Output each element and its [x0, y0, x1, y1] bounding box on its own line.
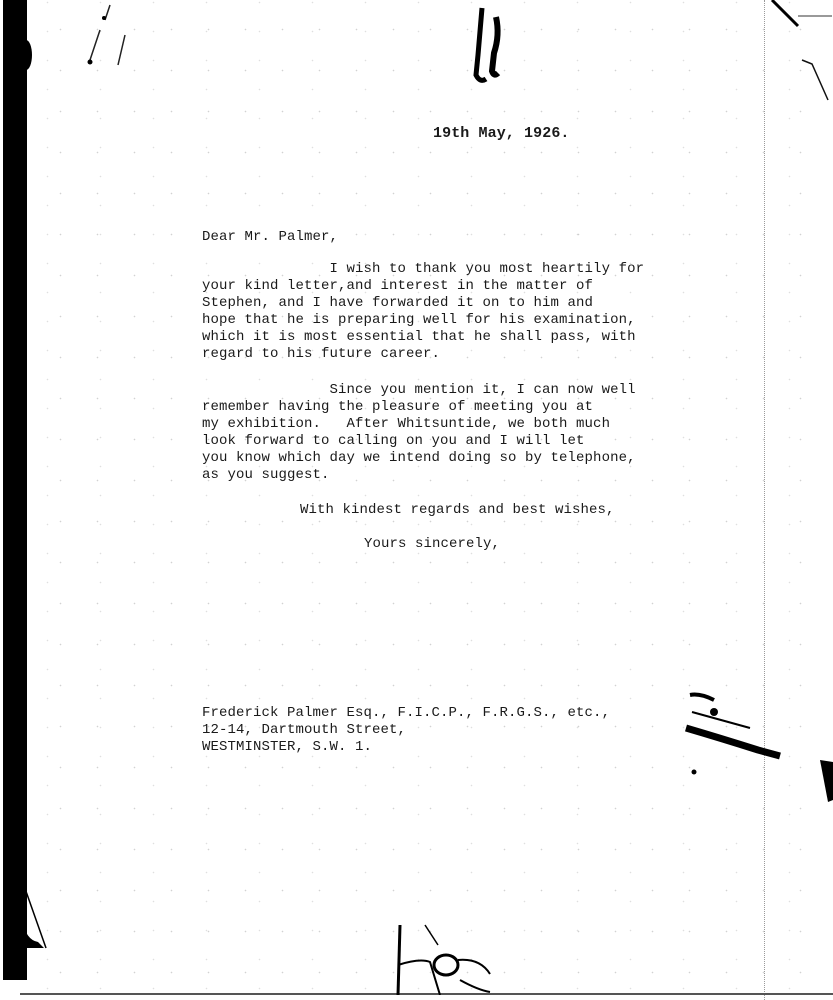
stray-ink-marks — [80, 0, 140, 80]
addressee-line: Frederick Palmer Esq., F.I.C.P., F.R.G.S… — [202, 705, 610, 722]
paragraph-line: which it is most essential that he shall… — [202, 329, 636, 346]
scan-left-edge-notch — [20, 40, 32, 70]
paragraph-line: you know which day we intend doing so by… — [202, 450, 636, 467]
scan-left-edge — [3, 0, 27, 980]
addressee-line: 12-14, Dartmouth Street, — [202, 722, 406, 739]
paper-fold-line — [764, 0, 765, 1000]
ink-clip-mark — [468, 5, 508, 85]
paragraph-line: hope that he is preparing well for his e… — [202, 312, 636, 329]
paragraph-line: Since you mention it, I can now well — [202, 382, 636, 399]
scanned-letter-page: 19th May, 1926. Dear Mr. Palmer, I wish … — [0, 0, 833, 1000]
paragraph-line: my exhibition. After Whitsuntide, we bot… — [202, 416, 610, 433]
paragraph-line: your kind letter,and interest in the mat… — [202, 278, 593, 295]
paragraph-line: Stephen, and I have forwarded it on to h… — [202, 295, 593, 312]
paragraph-line: as you suggest. — [202, 467, 330, 484]
scan-noise — [0, 0, 833, 1000]
salutation: Dear Mr. Palmer, — [202, 229, 338, 246]
paragraph-line: I wish to thank you most heartily for — [202, 261, 644, 278]
edge-scratch-marks — [770, 0, 833, 110]
paragraph-line: regard to his future career. — [202, 346, 440, 363]
paragraph-line: look forward to calling on you and I wil… — [202, 433, 585, 450]
letter-date: 19th May, 1926. — [433, 125, 570, 142]
closing-line: With kindest regards and best wishes, — [300, 502, 615, 519]
addressee-line: WESTMINSTER, S.W. 1. — [202, 739, 372, 756]
sign-off: Yours sincerely, — [364, 536, 500, 553]
bottom-clip-mark — [390, 920, 510, 995]
edge-tear-line — [20, 880, 60, 1000]
ink-smudge-marks — [680, 690, 833, 810]
paragraph-line: remember having the pleasure of meeting … — [202, 399, 593, 416]
